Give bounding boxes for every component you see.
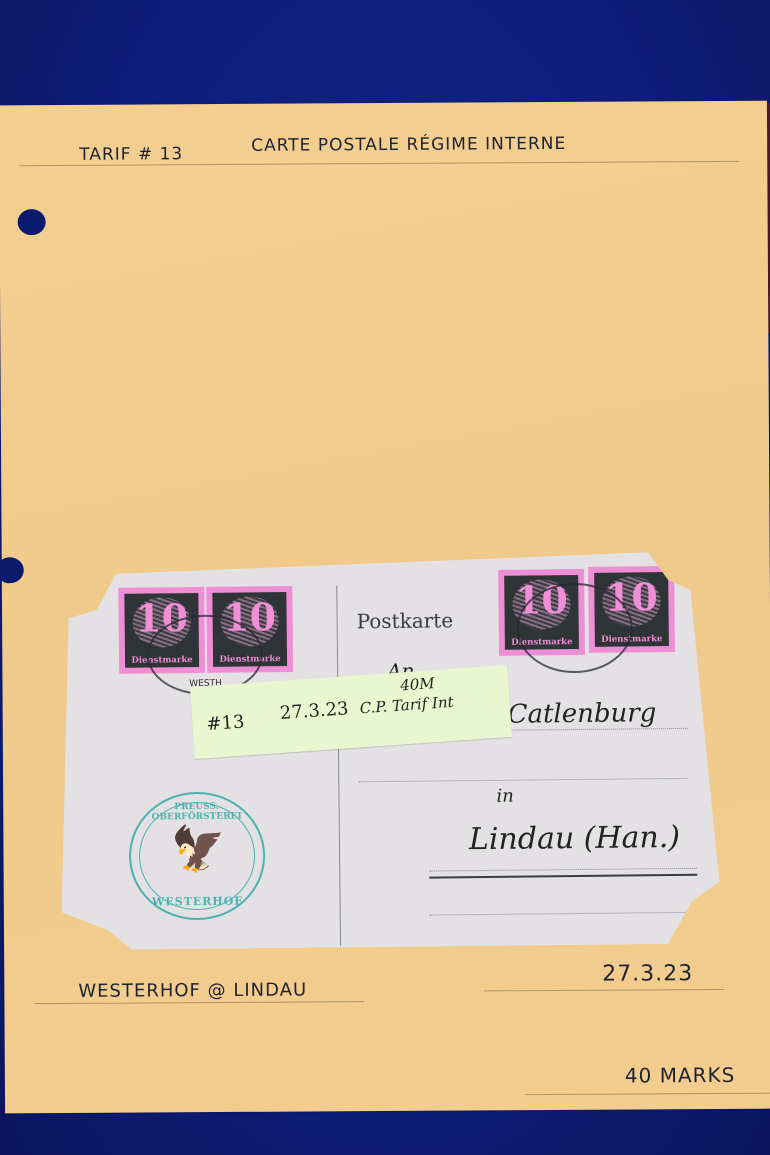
date-text: 27.3.23 [602, 961, 693, 987]
postmark-right [516, 582, 633, 673]
address-underline [429, 874, 697, 879]
punch-hole-middle [0, 557, 24, 583]
seal-bottom-text: WESTERHOF [132, 894, 264, 908]
address-line-4 [430, 912, 698, 916]
address-line-3 [429, 868, 697, 872]
eagle-icon: 🦅 [171, 828, 226, 873]
route-text: WESTERHOF @ LINDAU [78, 979, 307, 1001]
note-amount: 40M [400, 674, 436, 694]
forestry-seal: PREUSS. OBERFÖRSTEREI 🦅 WESTERHOF [128, 791, 265, 920]
card-type-heading: CARTE POSTALE RÉGIME INTERNE [251, 134, 566, 156]
postage-text: 40 MARKS [625, 1063, 736, 1088]
postcard-divider [336, 586, 341, 946]
note-date: 27.3.23 [279, 698, 349, 724]
postkarte-title: Postkarte [357, 608, 454, 633]
date-rule [484, 989, 724, 991]
address-in: in [496, 786, 514, 807]
seal-top-text: PREUSS. OBERFÖRSTEREI [137, 801, 257, 822]
punch-hole-top [18, 209, 46, 235]
postcard: 10 Dienstmarke 10 Dienstmarke WESTH 10 D… [56, 552, 720, 951]
address-name: Catlenburg [507, 698, 656, 730]
note-number: #13 [206, 711, 245, 735]
address-line-2 [358, 778, 688, 782]
postage-rule [525, 1093, 770, 1096]
address-city: Lindau (Han.) [469, 820, 680, 857]
note-description: C.P. Tarif Int [359, 693, 454, 718]
tariff-heading: TARIF # 13 [79, 144, 183, 165]
